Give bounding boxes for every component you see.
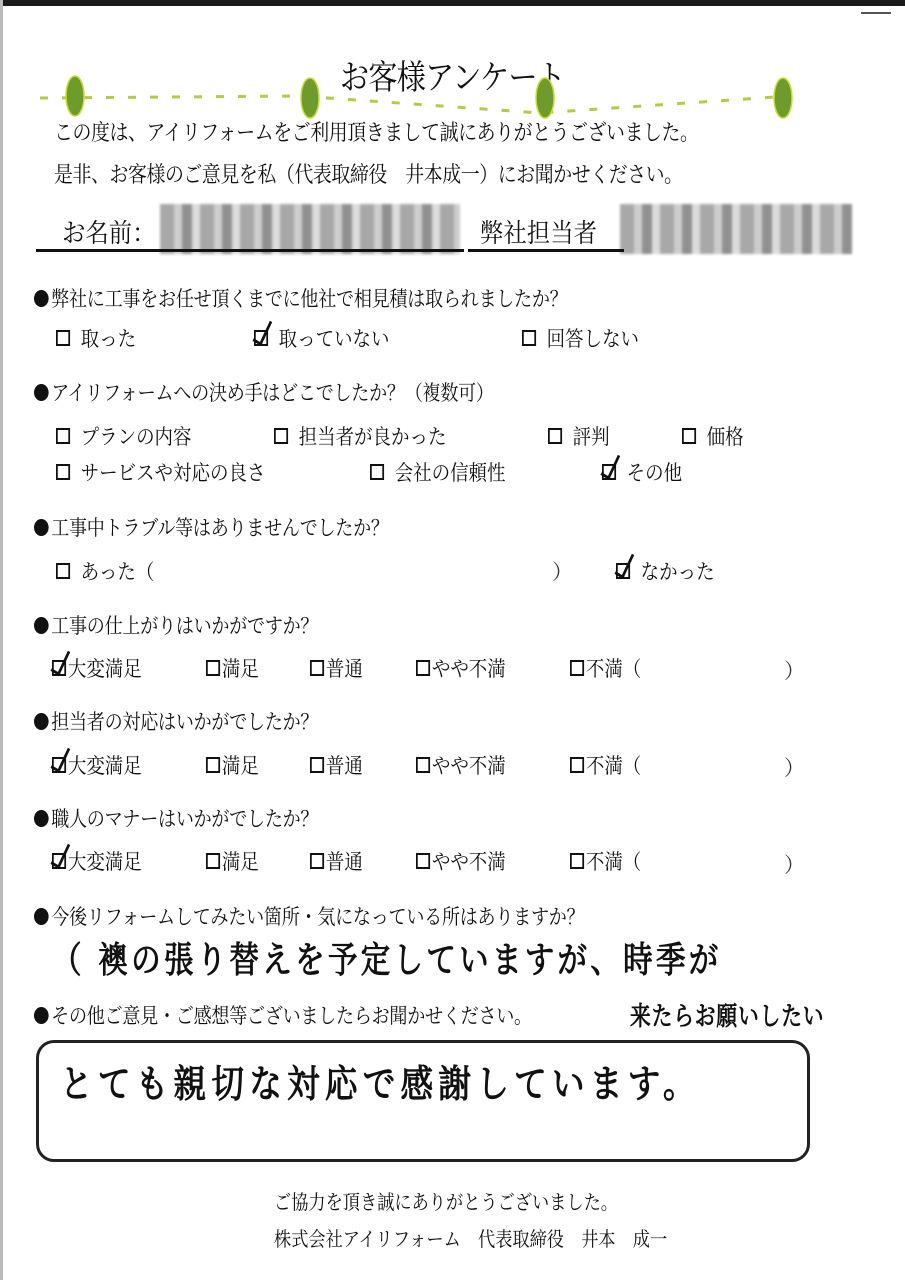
checkbox[interactable] [416,757,430,773]
question-text: その他ご意見・ご感想等ございましたらお聞かせください。 [51,1004,532,1028]
footer-signature: 株式会社アイリフォーム 代表取締役 井本 成一 [274,1223,667,1252]
question-5: 担当者の対応はいかがでしたか？ [34,706,318,736]
checkbox[interactable] [570,757,584,773]
leaf-icon [301,78,319,118]
question-text: 担当者の対応はいかがでしたか？ [51,710,318,734]
option-q1-took[interactable]: 取った [56,323,136,353]
question-1: 弊社に工事をお任せ頂くまでに他社で相見積は取られましたか？ [34,283,567,313]
option-q2-service[interactable]: サービスや対応の良さ [56,457,265,487]
option-q4-dissatisfied[interactable]: 不満（ [570,653,641,683]
scan-border-top [0,0,905,6]
checkbox[interactable] [682,428,696,444]
checkbox[interactable] [416,660,430,676]
handwritten-answer-q7: （ 襖の張り替えを予定していますが、時季が [52,932,722,983]
checkbox[interactable] [56,563,70,579]
question-text: 弊社に工事をお任せ頂くまでに他社で相見積は取られましたか？ [51,287,567,311]
checkbox[interactable] [370,464,384,480]
staff-label: 弊社担当者 [480,213,597,250]
handwritten-answer-q7-continued: 来たらお願いしたい [630,996,824,1033]
option-q4-satisfied[interactable]: 満足 [206,653,259,683]
option-q1-not-taken[interactable]: 取っていない [254,323,390,353]
checkbox[interactable] [310,757,324,773]
question-text: 今後リフォームしてみたい箇所・気になっている所はありますか？ [51,905,584,929]
question-text: アイリフォームへの決め手はどこでしたか？（複数可） [51,381,494,405]
option-q3-had-trouble[interactable]: あった（ [56,556,154,586]
option-q5-neutral[interactable]: 普通 [310,750,363,780]
scan-corner-mark [861,12,891,14]
checkbox[interactable] [570,853,584,869]
option-q4-very-satisfied[interactable]: 大変満足 [52,653,142,683]
question-text: 工事の仕上がりはいかがですか？ [51,614,318,638]
option-q2-reliability[interactable]: 会社の信頼性 [370,457,506,487]
checkbox[interactable] [310,660,324,676]
bullet-icon [34,290,49,307]
close-paren: ） [784,655,805,685]
question-3: 工事中トラブル等はありませんでしたか？ [34,512,389,542]
name-underline [36,249,464,252]
bullet-icon [34,1007,49,1024]
checkbox-checked[interactable] [52,757,66,773]
checkbox[interactable] [522,330,536,346]
option-q5-very-satisfied[interactable]: 大変満足 [52,750,142,780]
checkbox-checked[interactable] [52,853,66,869]
question-4: 工事の仕上がりはいかがですか？ [34,610,318,640]
scan-border-left [0,0,3,1280]
footer-thanks: ご協力を頂き誠にありがとうございました。 [274,1186,618,1215]
option-q6-satisfied[interactable]: 満足 [206,846,259,876]
option-q5-dissatisfied[interactable]: 不満（ [570,750,641,780]
checkbox[interactable] [206,660,220,676]
checkbox[interactable] [570,660,584,676]
name-value-redacted [160,204,460,254]
option-q6-neutral[interactable]: 普通 [310,846,363,876]
option-q2-price[interactable]: 価格 [682,421,744,451]
checkbox-checked[interactable] [616,563,630,579]
option-q6-somewhat-dissatisfied[interactable]: やや不満 [416,846,506,876]
option-q1-no-answer[interactable]: 回答しない [522,323,639,353]
checkbox-checked[interactable] [254,330,268,346]
bullet-icon [34,713,49,730]
checkbox[interactable] [56,428,70,444]
intro-line-1: この度は、アイリフォームをご利用頂きまして誠にありがとうございました。 [54,116,699,147]
bullet-icon [34,908,49,925]
name-label: お名前： [62,213,156,250]
handwritten-comment: とても親切な対応で感謝しています。 [60,1053,701,1108]
checkbox-checked[interactable] [602,464,616,480]
option-q4-somewhat-dissatisfied[interactable]: やや不満 [416,653,506,683]
option-q2-staff[interactable]: 担当者が良かった [274,421,446,451]
option-q2-plan[interactable]: プランの内容 [56,421,192,451]
question-6: 職人のマナーはいかがでしたか？ [34,803,318,833]
question-text: 工事中トラブル等はありませんでしたか？ [51,516,389,540]
leaf-icon [66,76,84,116]
bullet-icon [34,519,49,536]
bullet-icon [34,810,49,827]
option-q6-dissatisfied[interactable]: 不満（ [570,846,641,876]
question-text: 職人のマナーはいかがでしたか？ [51,807,318,831]
bullet-icon [34,384,49,401]
checkbox[interactable] [310,853,324,869]
intro-line-2: 是非、お客様のご意見を私（代表取締役 井本成一）にお聞かせください。 [54,158,683,189]
question-8: その他ご意見・ご感想等ございましたらお聞かせください。 [34,1000,532,1030]
question-7: 今後リフォームしてみたい箇所・気になっている所はありますか？ [34,901,584,931]
staff-underline [468,249,624,252]
checkbox[interactable] [274,428,288,444]
close-paren: ） [784,752,805,782]
leaf-icon [536,78,554,118]
bullet-icon [34,617,49,634]
checkbox-checked[interactable] [52,660,66,676]
option-q3-no-trouble[interactable]: なかった [616,556,715,586]
option-q2-other[interactable]: その他 [602,457,682,487]
question-2: アイリフォームへの決め手はどこでしたか？（複数可） [34,377,494,407]
close-paren: ） [784,849,805,879]
checkbox[interactable] [548,428,562,444]
option-q5-somewhat-dissatisfied[interactable]: やや不満 [416,750,506,780]
staff-value-redacted [620,204,852,254]
close-paren: ） [552,556,573,586]
option-q2-reputation[interactable]: 評判 [548,421,610,451]
option-q6-very-satisfied[interactable]: 大変満足 [52,846,142,876]
option-q5-satisfied[interactable]: 満足 [206,750,259,780]
checkbox[interactable] [56,464,70,480]
checkbox[interactable] [206,853,220,869]
option-q4-neutral[interactable]: 普通 [310,653,363,683]
checkbox[interactable] [416,853,430,869]
checkbox[interactable] [56,330,70,346]
leaf-icon [774,78,792,118]
checkbox[interactable] [206,757,220,773]
